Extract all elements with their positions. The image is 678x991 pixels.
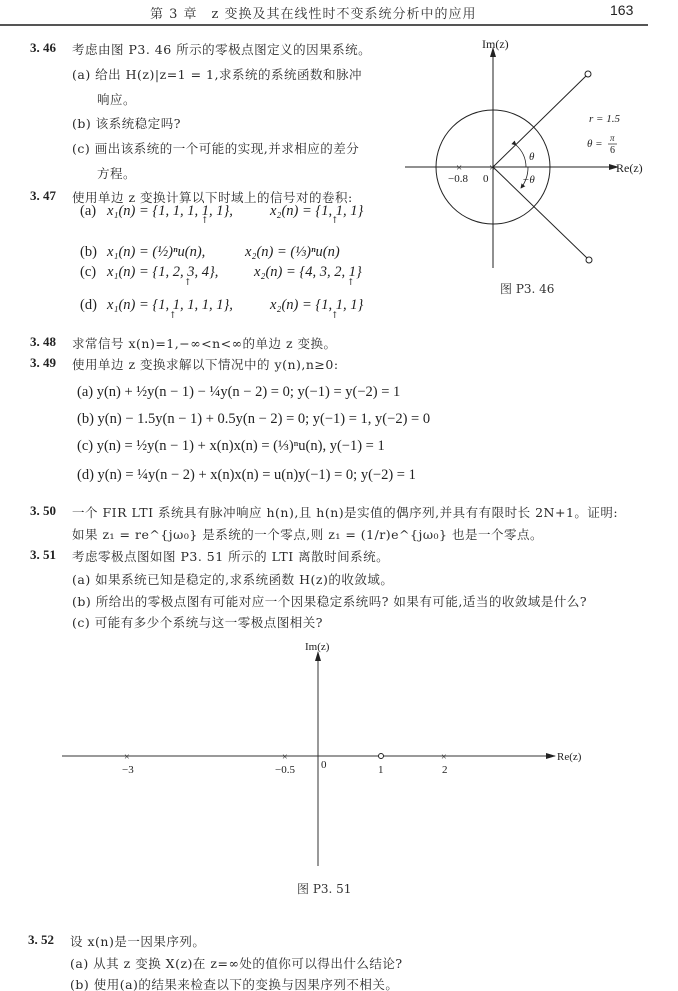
anchor-arrow: ↑ xyxy=(201,216,209,226)
problem-number-3-46: 3. 46 xyxy=(30,40,56,56)
problem-3-49-text: 使用单边 z 变换求解以下情况中的 y(n),n≥0: xyxy=(72,355,339,373)
origin-label: 0 xyxy=(483,173,489,185)
figure-p3-46-pole-zero-plot: × × Im(z) Re(z) r = 1.5 θ = π 6 θ −θ −0.… xyxy=(400,30,678,300)
problem-3-47-a-x2: x₂(n) = {1, 1, 1} xyxy=(270,203,363,220)
problem-3-46-a-cont: 响应。 xyxy=(97,90,136,108)
problem-3-49-b: (b) y(n) − 1.5y(n − 1) + 0.5y(n − 2) = 0… xyxy=(77,411,430,428)
problem-3-49-c: (c) y(n) = ½y(n − 1) + x(n)x(n) = (⅓)ⁿu(… xyxy=(77,438,385,455)
problem-3-47-c-x1: x₁(n) = {1, 2, 3, 4}, xyxy=(107,264,218,281)
im-label: Im(z) xyxy=(482,37,509,51)
problem-number-3-51: 3. 51 xyxy=(30,547,56,563)
problem-3-46-c: (c) 画出该系统的一个可能的实现,并求相应的差分 xyxy=(72,139,359,157)
re-label: Re(z) xyxy=(557,751,582,763)
problem-3-52-a: (a) 从其 z 变换 X(z)在 z=∞处的值你可以得出什么结论? xyxy=(70,954,403,972)
figure-p3-51-pole-zero-plot: × × × Im(z) Re(z) −3 −0.5 0 1 2 xyxy=(60,635,620,875)
problem-3-47-b-label: (b) xyxy=(80,244,97,261)
problem-number-3-49: 3. 49 xyxy=(30,355,56,371)
neg-theta-angle-label: −θ xyxy=(522,174,535,186)
problem-3-47-b-x1: x₁(n) = (½)ⁿu(n), xyxy=(107,244,205,261)
problem-3-48-text: 求常信号 x(n)=1,−∞<n<∞的单边 z 变换。 xyxy=(72,334,337,352)
problem-number-3-48: 3. 48 xyxy=(30,334,56,350)
tick-label: −0.5 xyxy=(275,764,295,776)
problem-3-47-c-x2: x₂(n) = {4, 3, 2, 1} xyxy=(254,264,362,281)
problem-3-50-line2: 如果 z₁ = re^{jω₀} 是系统的一个零点,则 z₁ = (1/r)e^… xyxy=(72,525,543,543)
zero-marker xyxy=(586,257,592,263)
anchor-arrow: ↑ xyxy=(184,278,192,288)
problem-3-51-text: 考虑零极点图如图 P3. 51 所示的 LTI 离散时间系统。 xyxy=(72,547,389,565)
theta-value-label: θ = xyxy=(587,138,603,150)
pole-marker: × xyxy=(124,752,130,763)
anchor-arrow: ↑ xyxy=(169,311,177,321)
problem-3-46-b: (b) 该系统稳定吗? xyxy=(72,114,181,132)
problem-3-51-b: (b) 所给出的零极点图有可能对应一个因果稳定系统吗? 如果有可能,适当的收敛域… xyxy=(72,592,587,610)
svg-text:6: 6 xyxy=(610,145,615,156)
svg-text:×: × xyxy=(489,162,495,174)
anchor-arrow: ↑ xyxy=(331,311,339,321)
problem-3-51-c: (c) 可能有多少个系统与这一零极点图相关? xyxy=(72,613,323,631)
zero-marker xyxy=(379,754,384,759)
problem-3-47-a-x1: x₁(n) = {1, 1, 1, 1, 1}, xyxy=(107,203,233,220)
tick-label: 0 xyxy=(321,759,327,771)
problem-3-46-a: (a) 给出 H(z)|z=1 = 1,求系统的系统函数和脉冲 xyxy=(72,65,362,83)
problem-3-49-a: (a) y(n) + ½y(n − 1) − ¼y(n − 2) = 0; y(… xyxy=(77,384,400,401)
problem-3-51-a: (a) 如果系统已知是稳定的,求系统函数 H(z)的收敛域。 xyxy=(72,570,393,588)
problem-number-3-47: 3. 47 xyxy=(30,188,56,204)
problem-3-47-d-label: (d) xyxy=(80,297,97,314)
figure-p3-46-caption: 图 P3. 46 xyxy=(500,280,554,297)
anchor-arrow: ↑ xyxy=(347,278,355,288)
problem-3-47-c-label: (c) xyxy=(80,264,96,281)
svg-text:π: π xyxy=(610,133,615,143)
page-number: 163 xyxy=(610,2,633,18)
problem-3-49-d: (d) y(n) = ¼y(n − 2) + x(n)x(n) = u(n)y(… xyxy=(77,467,416,484)
theta-angle-label: θ xyxy=(529,151,535,163)
problem-3-46-c-cont: 方程。 xyxy=(97,164,136,182)
problem-number-3-52: 3. 52 xyxy=(28,932,54,948)
problem-3-47-d-x2: x₂(n) = {1, 1, 1} xyxy=(270,297,363,314)
tick-label: −3 xyxy=(122,764,134,776)
problem-3-47-a-label: (a) xyxy=(80,203,96,220)
pole-value-label: −0.8 xyxy=(448,173,468,185)
anchor-arrow: ↑ xyxy=(331,216,339,226)
im-label: Im(z) xyxy=(305,641,330,653)
header-rule xyxy=(0,24,648,26)
problem-3-47-b-x2: x₂(n) = (⅓)ⁿu(n) xyxy=(245,244,340,261)
problem-3-50-line1: 一个 FIR LTI 系统具有脉冲响应 h(n),且 h(n)是实值的偶序列,并… xyxy=(72,503,618,521)
re-label: Re(z) xyxy=(616,161,643,175)
pole-marker: × xyxy=(441,752,447,763)
problem-3-52-text: 设 x(n)是一因果序列。 xyxy=(70,932,205,950)
zero-marker xyxy=(585,71,591,77)
pole-marker: × xyxy=(282,752,288,763)
r-label: r = 1.5 xyxy=(589,113,620,125)
figure-p3-51-caption: 图 P3. 51 xyxy=(297,880,351,897)
tick-label: 2 xyxy=(442,764,448,776)
problem-3-46-text: 考虑由图 P3. 46 所示的零极点图定义的因果系统。 xyxy=(72,40,371,58)
chapter-title: 第 3 章 z 变换及其在线性时不变系统分析中的应用 xyxy=(150,3,477,22)
problem-3-52-b: (b) 使用(a)的结果来检查以下的变换与因果序列不相关。 xyxy=(70,975,398,991)
problem-number-3-50: 3. 50 xyxy=(30,503,56,519)
tick-label: 1 xyxy=(378,764,384,776)
